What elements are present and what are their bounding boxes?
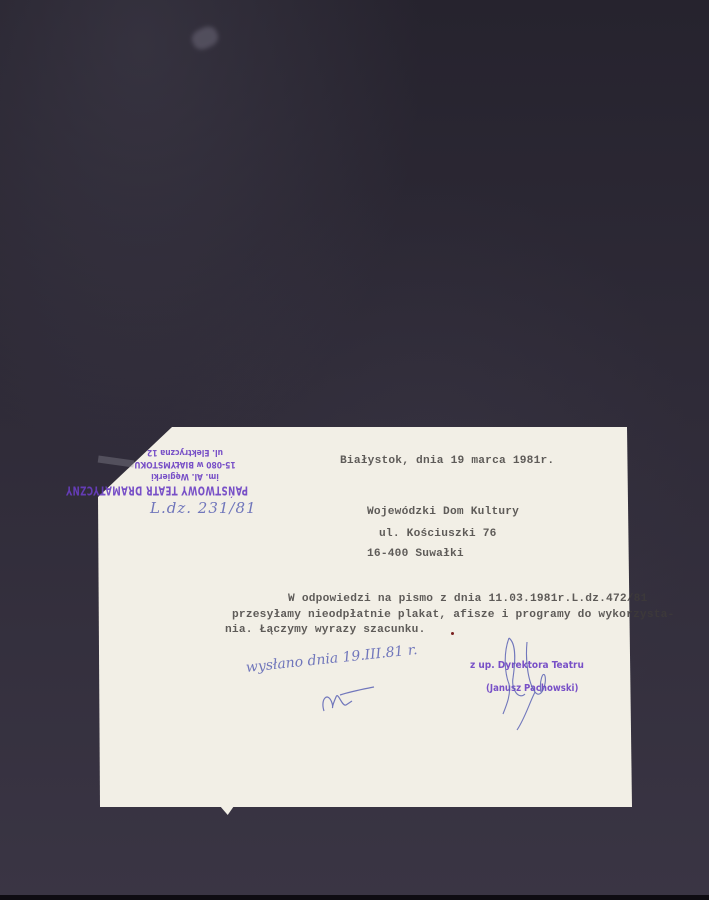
signature-icon	[495, 634, 565, 734]
initials-icon	[318, 685, 378, 715]
recipient-line-3: 16-400 Suwałki	[367, 548, 464, 560]
scan-bottom-edge	[0, 895, 709, 900]
body-line-3: nia. Łączymy wyrazy szacunku.	[225, 624, 426, 636]
sender-stamp-line-1: PAŃSTWOWY TEATR DRAMATYCZNY	[122, 481, 248, 497]
body-line-1: W odpowiedzi na pismo z dnia 11.03.1981r…	[288, 593, 648, 605]
sender-stamp-line-4: ul. Elektryczna 12	[122, 447, 248, 459]
body-line-2: przesyłamy nieodpłatnie plakat, afisze i…	[232, 609, 674, 621]
reference-number-handwritten: L.dz. 231/81	[150, 499, 257, 517]
recipient-line-2: ul. Kościuszki 76	[379, 528, 497, 540]
recipient-line-1: Wojewódzki Dom Kultury	[367, 506, 519, 518]
ink-dot	[451, 632, 454, 635]
sender-stamp-line-2: im. Al. Węgierki	[122, 471, 248, 483]
sender-stamp-line-3: 15-080 w BIAŁYMSTOKU	[122, 459, 248, 471]
place-date: Białystok, dnia 19 marca 1981r.	[340, 455, 554, 467]
sender-stamp: PAŃSTWOWY TEATR DRAMATYCZNY im. Al. Węgi…	[122, 441, 248, 495]
